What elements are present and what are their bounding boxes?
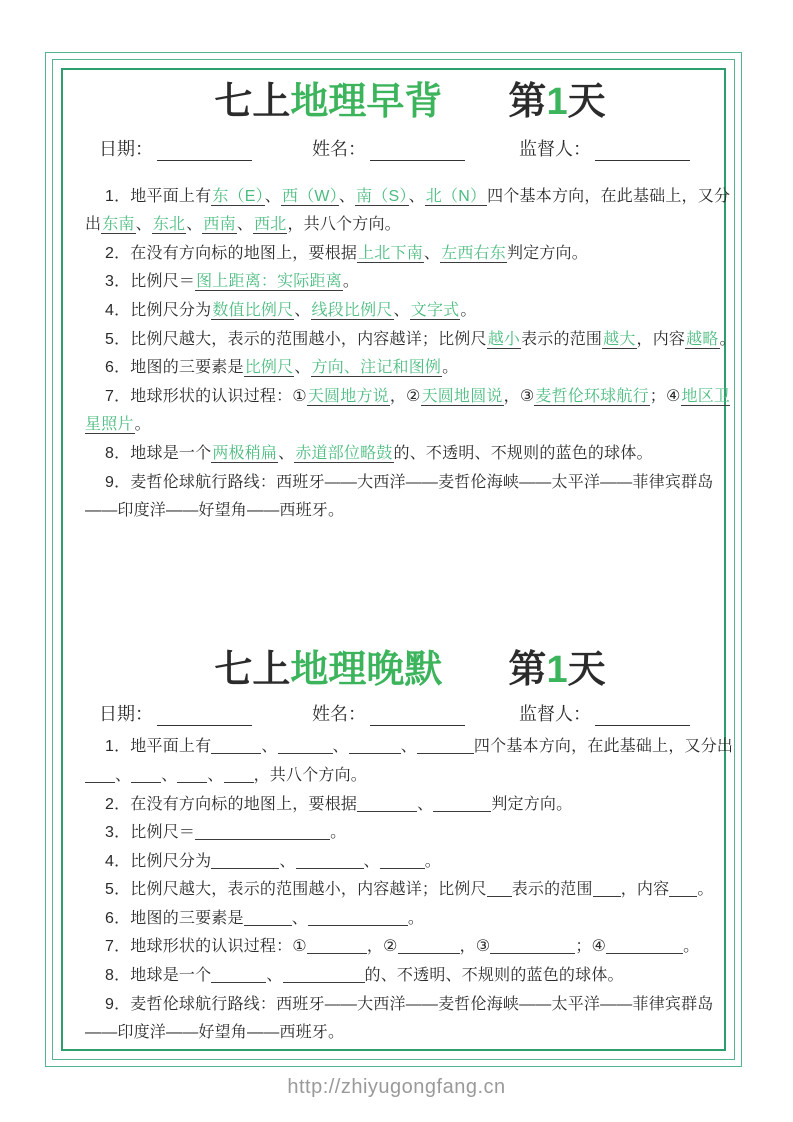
worksheet-item: 9．麦哲伦球航行路线：西班牙——大西洋——麦哲伦海峡——太平洋——菲律宾群岛——… (85, 991, 735, 1048)
plain-text: 9．麦哲伦球航行路线：西班牙——大西洋——麦哲伦海峡——太平洋——菲律宾群岛——… (85, 996, 714, 1042)
worksheet-page: 七上地理早背 第1天 日期： 姓名： 监督人： 1．地平面上有东（E）、西（W）… (0, 0, 793, 1122)
plain-text: ，③ (460, 938, 491, 955)
plain-text: 2．在没有方向标的地图上，要根据 (105, 245, 357, 262)
date-label: 日期： (99, 135, 153, 161)
answer-text: 天圆地圆说 (421, 388, 504, 406)
worksheet-item: 8．地球是一个两极稍扁、赤道部位略鼓的、不透明、不规则的蓝色的球体。 (85, 440, 735, 469)
blank-underline (296, 852, 364, 869)
worksheet-item: 8．地球是一个、的、不透明、不规则的蓝色的球体。 (85, 962, 735, 991)
worksheet-item: 1．地平面上有东（E）、西（W）、南（S）、北（N）四个基本方向，在此基础上，又… (85, 183, 735, 240)
plain-text: 七上 (214, 81, 290, 123)
plain-text: 、 (161, 767, 177, 784)
answer-text: 左西右东 (440, 245, 507, 263)
blank-underline (417, 737, 474, 754)
answer-text: 越略 (685, 331, 719, 349)
name-label: 姓名： (312, 135, 366, 161)
plain-text: 。 (460, 302, 476, 319)
plain-text: ，内容 (637, 331, 686, 348)
plain-text: 。 (720, 331, 736, 348)
blank-underline (593, 880, 621, 897)
blank-underline (244, 909, 292, 926)
plain-text: 6．地图的三要素是 (105, 910, 244, 927)
plain-text: 。 (408, 910, 424, 927)
blank-underline (131, 766, 161, 783)
plain-text: ，共八个方向。 (254, 767, 367, 784)
morning-fields-row: 日期： 姓名： 监督人： (85, 135, 735, 161)
plain-text: 4．比例尺分为 (105, 853, 211, 870)
answer-text: 越小 (487, 331, 521, 349)
date-blank-line (157, 705, 252, 726)
plain-text: 、 (417, 796, 433, 813)
supervisor-blank-line (595, 140, 690, 161)
field-supervisor: 监督人： (519, 135, 690, 161)
field-name: 姓名： (312, 135, 465, 161)
answer-text: 东南 (101, 216, 135, 234)
plain-text: 6．地图的三要素是 (105, 359, 244, 376)
plain-text: 3．比例尺＝ (105, 824, 195, 841)
plain-text: ，③ (504, 388, 535, 405)
evening-items-list: 1．地平面上有、、、四个基本方向，在此基础上，又分出、、、，共八个方向。2．在没… (85, 733, 735, 1048)
worksheet-item: 3．比例尺＝。 (85, 819, 735, 848)
plain-text: 、 (207, 767, 223, 784)
blank-underline (398, 937, 460, 954)
plain-text: 表示的范围 (521, 331, 602, 348)
worksheet-item: 4．比例尺分为、、。 (85, 848, 735, 877)
answer-text: 比例尺 (244, 359, 295, 377)
blank-underline (487, 880, 512, 897)
answer-text: 东北 (152, 216, 186, 234)
blank-underline (357, 795, 417, 812)
blank-underline (308, 909, 408, 926)
blank-underline (283, 966, 365, 983)
blank-underline (380, 852, 425, 869)
field-supervisor: 监督人： (519, 700, 690, 726)
plain-text: 、 (136, 216, 152, 233)
worksheet-item: 5．比例尺越大，表示的范围越小，内容越详；比例尺表示的范围，内容。 (85, 876, 735, 905)
worksheet-item: 3．比例尺＝图上距离：实际距离。 (85, 268, 735, 297)
plain-text: ，② (367, 938, 398, 955)
morning-items-list: 1．地平面上有东（E）、西（W）、南（S）、北（N）四个基本方向，在此基础上，又… (85, 183, 735, 526)
blank-underline (195, 823, 330, 840)
plain-text: 、 (278, 445, 294, 462)
blank-underline (177, 766, 207, 783)
supervisor-blank-line (595, 705, 690, 726)
answer-text: 数值比例尺 (211, 302, 294, 320)
name-blank-line (370, 140, 465, 161)
date-blank-line (157, 140, 252, 161)
field-date: 日期： (99, 700, 252, 726)
blank-underline (211, 966, 266, 983)
answer-text: 西南 (202, 216, 236, 234)
blank-underline (648, 937, 683, 954)
plain-text: 1．地平面上有 (105, 738, 211, 755)
answer-text: 方向、注记和图例 (311, 359, 443, 377)
blank-underline (85, 766, 115, 783)
answer-text: 天圆地方说 (307, 388, 390, 406)
plain-text: 天 (568, 81, 606, 123)
plain-text: 。 (343, 273, 359, 290)
plain-text: 、 (394, 302, 410, 319)
plain-text: 的、不透明、不规则的蓝色的球体。 (365, 967, 624, 984)
green-text: 1 (546, 649, 567, 691)
plain-text: 、 (409, 188, 425, 205)
blank-underline (307, 937, 367, 954)
worksheet-item: 2．在没有方向标的地图上，要根据上北下南、左西右东判定方向。 (85, 240, 735, 269)
plain-text: 3．比例尺＝ (105, 273, 195, 290)
green-text: 地理晚默 (290, 649, 442, 691)
worksheet-item: 9．麦哲伦球航行路线：西班牙——大西洋——麦哲伦海峡——太平洋——菲律宾群岛——… (85, 469, 735, 526)
supervisor-label: 监督人： (519, 700, 591, 726)
plain-text: 、 (279, 853, 295, 870)
plain-text: 、 (237, 216, 253, 233)
blank-underline (211, 737, 261, 754)
blank-underline (606, 937, 648, 954)
plain-text: 判定方向。 (491, 796, 572, 813)
green-text: 地理早背 (290, 81, 442, 123)
answer-text: 文字式 (410, 302, 461, 320)
plain-text: 。 (135, 416, 151, 433)
section-morning: 七上地理早背 第1天 日期： 姓名： 监督人： 1．地平面上有东（E）、西（W）… (85, 80, 735, 526)
evening-fields-row: 日期： 姓名： 监督人： (85, 700, 735, 726)
answer-text: 西（W） (281, 188, 339, 206)
date-label: 日期： (99, 700, 153, 726)
answer-text: 麦哲伦环球航行 (534, 388, 649, 406)
plain-text: ，② (390, 388, 421, 405)
answer-text: 上北下南 (357, 245, 424, 263)
plain-text: 、 (294, 359, 310, 376)
plain-text: 。 (425, 853, 441, 870)
plain-text: ；④ (575, 938, 606, 955)
answer-text: 线段比例尺 (311, 302, 394, 320)
plain-text: 、 (261, 738, 277, 755)
worksheet-item: 6．地图的三要素是比例尺、方向、注记和图例。 (85, 354, 735, 383)
plain-text: 、 (339, 188, 355, 205)
answer-text: 越大 (602, 331, 636, 349)
plain-text: 、 (292, 910, 308, 927)
plain-text: 天 (568, 649, 606, 691)
blank-underline (224, 766, 254, 783)
plain-text: 。 (683, 938, 699, 955)
plain-text: 、 (294, 302, 310, 319)
plain-text: 2．在没有方向标的地图上，要根据 (105, 796, 357, 813)
name-label: 姓名： (312, 700, 366, 726)
blank-underline (349, 737, 401, 754)
plain-text: 7．地球形状的认识过程：① (105, 938, 307, 955)
plain-text: 四个基本方向，在此基础上，又分出 (474, 738, 733, 755)
answer-text: 北（N） (425, 188, 487, 206)
evening-day-number: 第1天 (508, 648, 605, 694)
worksheet-content: 七上地理早背 第1天 日期： 姓名： 监督人： 1．地平面上有东（E）、西（W）… (85, 80, 735, 1048)
plain-text: ，内容 (621, 881, 670, 898)
answer-text: 赤道部位略鼓 (294, 445, 393, 463)
answer-text: 南（S） (355, 188, 408, 206)
evening-title: 七上地理晚默 (214, 648, 442, 694)
plain-text: 判定方向。 (507, 245, 588, 262)
plain-text: 5．比例尺越大，表示的范围越小，内容越详；比例尺 (105, 881, 487, 898)
plain-text: 1．地平面上有 (105, 188, 211, 205)
blank-underline (433, 795, 491, 812)
answer-text: 图上距离：实际距离 (195, 273, 343, 291)
plain-text: 5．比例尺越大，表示的范围越小，内容越详；比例尺 (105, 331, 487, 348)
morning-title: 七上地理早背 (214, 80, 442, 126)
plain-text: ；④ (650, 388, 681, 405)
plain-text: 第 (508, 649, 546, 691)
plain-text: 。 (442, 359, 458, 376)
field-date: 日期： (99, 135, 252, 161)
plain-text: 、 (265, 188, 281, 205)
worksheet-item: 1．地平面上有、、、四个基本方向，在此基础上，又分出、、、，共八个方向。 (85, 733, 735, 790)
supervisor-label: 监督人： (519, 135, 591, 161)
plain-text: 七上 (214, 649, 290, 691)
field-name: 姓名： (312, 700, 465, 726)
worksheet-item: 2．在没有方向标的地图上，要根据、判定方向。 (85, 791, 735, 820)
worksheet-item: 7．地球形状的认识过程：①，②，③；④。 (85, 933, 735, 962)
plain-text: 表示的范围 (512, 881, 593, 898)
plain-text: 、 (333, 738, 349, 755)
morning-title-row: 七上地理早背 第1天 (85, 80, 735, 126)
plain-text: 4．比例尺分为 (105, 302, 211, 319)
blank-underline (278, 737, 333, 754)
plain-text: 、 (266, 967, 282, 984)
blank-underline (211, 852, 279, 869)
plain-text: 、 (115, 767, 131, 784)
answer-text: 两极稍扁 (211, 445, 278, 463)
plain-text: 、 (424, 245, 440, 262)
answer-text: 西北 (253, 216, 287, 234)
worksheet-item: 7．地球形状的认识过程：①天圆地方说，②天圆地圆说，③麦哲伦环球航行；④地区卫星… (85, 383, 735, 440)
answer-text: 东（E） (211, 188, 264, 206)
plain-text: 的、不透明、不规则的蓝色的球体。 (394, 445, 653, 462)
blank-underline (490, 937, 575, 954)
morning-day-number: 第1天 (508, 80, 605, 126)
plain-text: 、 (364, 853, 380, 870)
plain-text: ，共八个方向。 (287, 216, 400, 233)
evening-title-row: 七上地理晚默 第1天 (85, 648, 735, 694)
name-blank-line (370, 705, 465, 726)
footer-url: http://zhiyugongfang.cn (0, 1076, 793, 1099)
plain-text: 、 (401, 738, 417, 755)
plain-text: 。 (330, 824, 346, 841)
plain-text: 8．地球是一个 (105, 445, 211, 462)
plain-text: 、 (186, 216, 202, 233)
section-evening: 七上地理晚默 第1天 日期： 姓名： 监督人： 1．地平面上有、、、四个基本方向… (85, 648, 735, 1048)
worksheet-item: 6．地图的三要素是、。 (85, 905, 735, 934)
plain-text: 。 (697, 881, 713, 898)
green-text: 1 (546, 81, 567, 123)
worksheet-item: 4．比例尺分为数值比例尺、线段比例尺、文字式。 (85, 297, 735, 326)
plain-text: 8．地球是一个 (105, 967, 211, 984)
worksheet-item: 5．比例尺越大，表示的范围越小，内容越详；比例尺越小表示的范围越大，内容越略。 (85, 326, 735, 355)
blank-underline (669, 880, 697, 897)
plain-text: 9．麦哲伦球航行路线：西班牙——大西洋——麦哲伦海峡——太平洋——菲律宾群岛——… (85, 474, 714, 520)
plain-text: 第 (508, 81, 546, 123)
plain-text: 7．地球形状的认识过程：① (105, 388, 307, 405)
